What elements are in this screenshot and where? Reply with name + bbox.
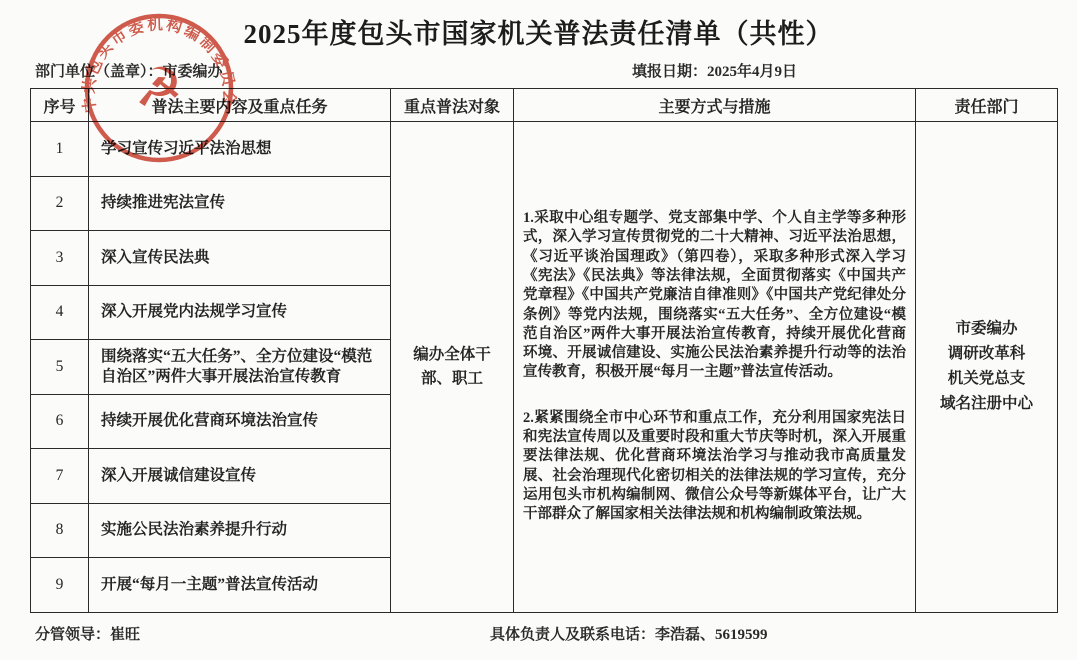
task-cell: 深入开展党内法规学习宣传 bbox=[89, 285, 391, 340]
task-cell: 持续推进宪法宣传 bbox=[89, 176, 391, 231]
row-number: 9 bbox=[31, 558, 89, 613]
table-header-row: 序号 普法主要内容及重点任务 重点普法对象 主要方式与措施 责任部门 bbox=[31, 89, 1058, 122]
task-cell: 实施公民法治素养提升行动 bbox=[89, 503, 391, 558]
row-number: 2 bbox=[31, 176, 89, 231]
footer-row: 分管领导：崔旺 具体负责人及联系电话：李浩磊、5619599 bbox=[35, 623, 1042, 644]
contact-label: 具体负责人及联系电话：李浩磊、5619599 bbox=[490, 623, 768, 644]
table-row: 1 学习宣传习近平法治思想 编办全体干部、职工 1.采取中心组专题学、党支部集中… bbox=[31, 122, 1058, 177]
measures-paragraph-2: 2.紧紧围绕全市中心环节和重点工作，充分利用国家宪法日和宪法宣传周以及重要时段和… bbox=[523, 409, 906, 525]
task-cell: 持续开展优化营商环境法治宣传 bbox=[89, 394, 391, 449]
task-cell: 围绕落实“五大任务”、全方位建设“模范自治区”两件大事开展法治宣传教育 bbox=[89, 340, 391, 395]
responsible-line: 域名注册中心 bbox=[922, 392, 1051, 417]
row-number: 5 bbox=[31, 340, 89, 395]
measures-paragraph-1: 1.采取中心组专题学、党支部集中学、个人自主学等多种形式，深入学习宣传贯彻党的二… bbox=[523, 209, 906, 383]
task-cell: 深入开展诚信建设宣传 bbox=[89, 449, 391, 504]
responsible-department-cell: 市委编办 调研改革科 机关党总支 域名注册中心 bbox=[916, 122, 1058, 613]
row-number: 1 bbox=[31, 122, 89, 177]
meta-row: 部门单位（盖章）：市委编办 填报日期：2025年4月9日 bbox=[35, 60, 1042, 81]
row-number: 4 bbox=[31, 285, 89, 340]
measures-cell: 1.采取中心组专题学、党支部集中学、个人自主学等多种形式，深入学习宣传贯彻党的二… bbox=[514, 122, 916, 613]
task-cell: 学习宣传习近平法治思想 bbox=[89, 122, 391, 177]
department-unit-label: 部门单位（盖章）：市委编办 bbox=[35, 60, 223, 81]
responsible-line: 市委编办 bbox=[922, 317, 1051, 342]
col-header-responsible: 责任部门 bbox=[916, 89, 1058, 122]
document-page: 2025年度包头市国家机关普法责任清单（共性） 部门单位（盖章）：市委编办 填报… bbox=[0, 0, 1077, 660]
col-header-no: 序号 bbox=[31, 89, 89, 122]
row-number: 8 bbox=[31, 503, 89, 558]
col-header-target: 重点普法对象 bbox=[391, 89, 514, 122]
col-header-task: 普法主要内容及重点任务 bbox=[89, 89, 391, 122]
task-cell: 深入宣传民法典 bbox=[89, 231, 391, 286]
row-number: 6 bbox=[31, 394, 89, 449]
col-header-measures: 主要方式与措施 bbox=[514, 89, 916, 122]
responsible-line: 机关党总支 bbox=[922, 367, 1051, 392]
row-number: 7 bbox=[31, 449, 89, 504]
row-number: 3 bbox=[31, 231, 89, 286]
target-audience-cell: 编办全体干部、职工 bbox=[391, 122, 514, 613]
task-cell: 开展“每月一主题”普法宣传活动 bbox=[89, 558, 391, 613]
responsibility-table: 序号 普法主要内容及重点任务 重点普法对象 主要方式与措施 责任部门 1 学习宣… bbox=[30, 88, 1058, 613]
report-date-label: 填报日期：2025年4月9日 bbox=[632, 60, 797, 81]
responsible-line: 调研改革科 bbox=[922, 342, 1051, 367]
leader-label: 分管领导：崔旺 bbox=[35, 623, 140, 644]
page-title: 2025年度包头市国家机关普法责任清单（共性） bbox=[0, 12, 1077, 51]
